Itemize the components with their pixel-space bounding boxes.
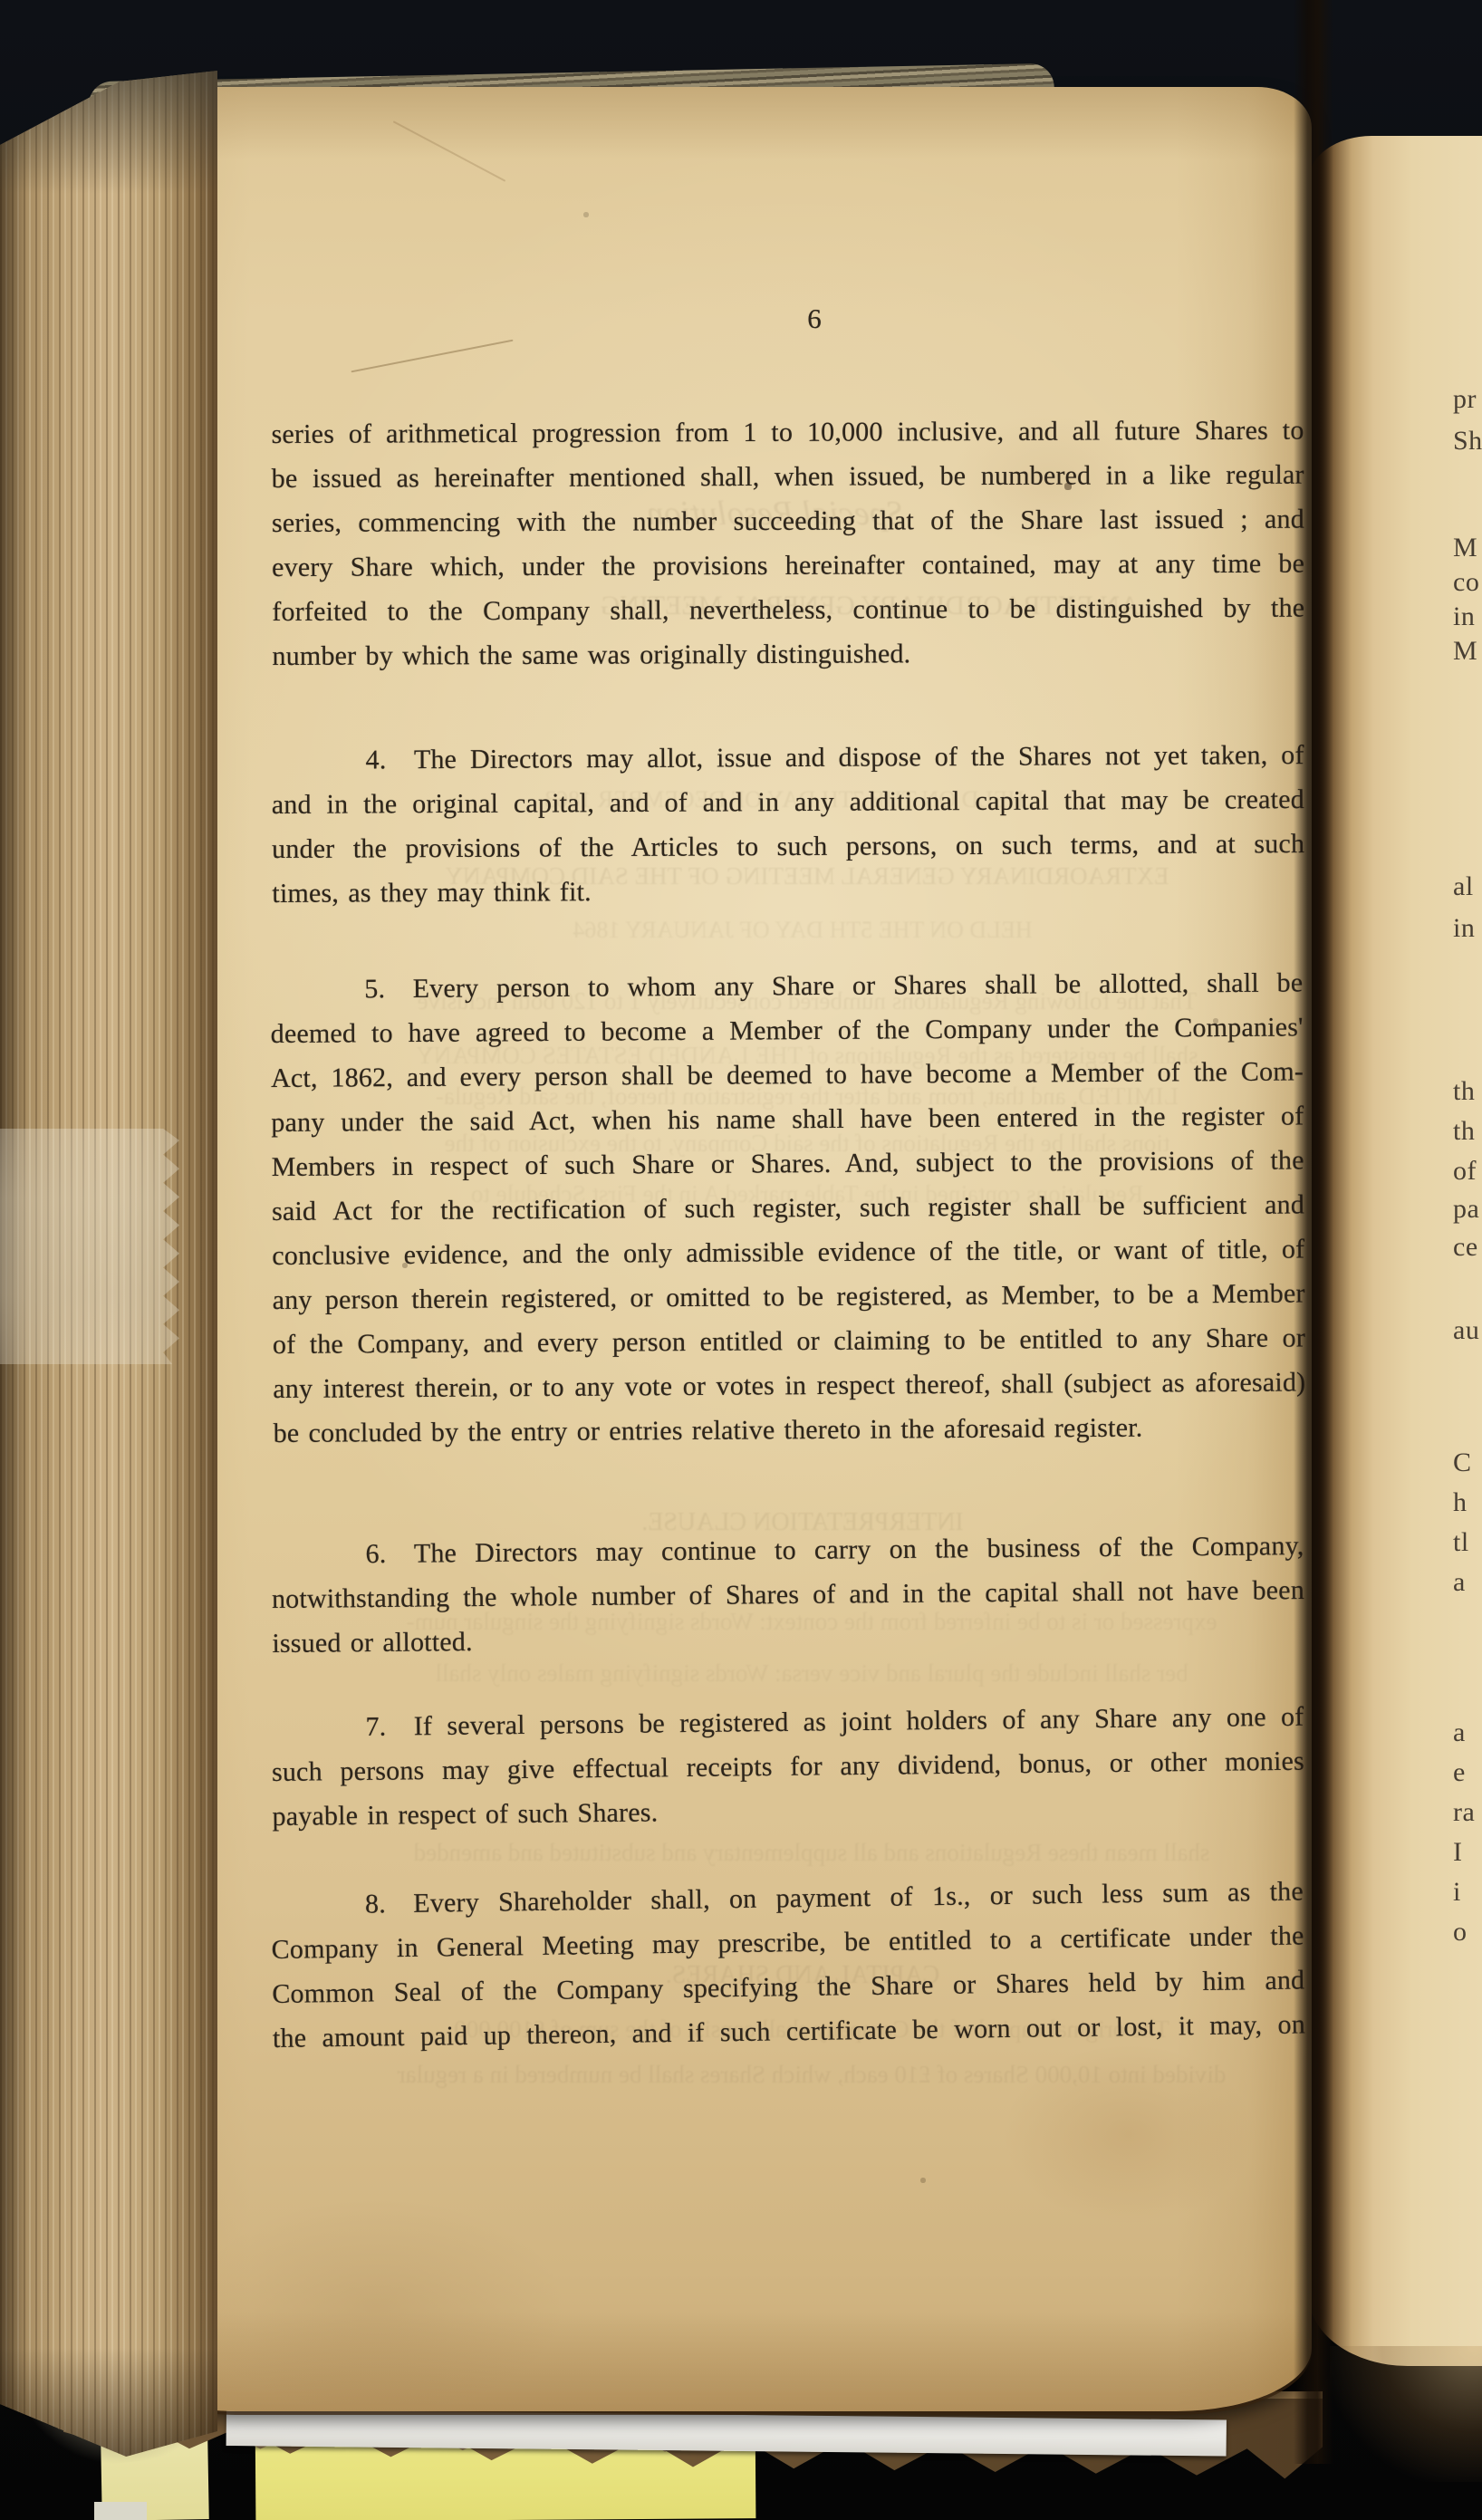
facing-page-text-fragment: a	[1453, 1567, 1466, 1598]
page-text: series of arithmetical progression from …	[272, 412, 1304, 2061]
text-line: Members in respect of such Share or Shar…	[272, 1138, 1304, 1189]
facing-page-text-fragment: th	[1453, 1116, 1475, 1147]
text-line: notwithstanding the whole number of Shar…	[272, 1568, 1304, 1621]
text-line: number by which the same was originally …	[272, 630, 1304, 678]
spine-gap-shadow	[1294, 0, 1333, 2464]
paper-scrap	[94, 2502, 147, 2520]
facing-page-text-fragment: M	[1453, 636, 1477, 667]
paragraph-clause-7: 7. If several persons be registered as j…	[271, 1695, 1305, 1839]
text-line: 4. The Directors may allot, issue and di…	[271, 733, 1304, 783]
facing-page-text-fragment: in	[1453, 601, 1475, 632]
scratch-mark	[351, 340, 513, 373]
text-line: series, commencing with the number succe…	[272, 497, 1304, 545]
text-line: issued or allotted.	[272, 1612, 1304, 1666]
text-line: forfeited to the Company shall, neverthe…	[272, 586, 1304, 634]
text-line: be concluded by the entry or entries rel…	[273, 1404, 1305, 1456]
text-line: every Share which, under the provisions …	[272, 542, 1304, 590]
text-line: conclusive evidence, and the only admiss…	[272, 1226, 1304, 1278]
text-line: deemed to have agreed to become a Member…	[271, 1005, 1304, 1056]
scratch-mark	[393, 120, 506, 181]
facing-page-text-fragment: ra	[1453, 1797, 1475, 1828]
text-line: pany under the said Act, when his name s…	[271, 1093, 1304, 1145]
facing-page-text-fragment: o	[1453, 1917, 1468, 1948]
facing-page-text-fragment: ce	[1453, 1232, 1478, 1263]
fly-specks	[78, 87, 80, 89]
text-line: any interest therein, or to any vote or …	[273, 1360, 1305, 1411]
facing-page-text-fragment: pr	[1453, 384, 1477, 415]
facing-page-text-fragment: Sh	[1453, 426, 1482, 457]
text-line: Act, 1862, and every person shall be dee…	[271, 1049, 1304, 1101]
facing-page-text-fragment: co	[1453, 567, 1479, 598]
text-line: be issued as hereinafter mentioned shall…	[272, 453, 1304, 501]
facing-page-text-fragment: al	[1453, 871, 1474, 902]
text-line: series of arithmetical progression from …	[271, 409, 1304, 457]
text-line: of the Company, and every person entitle…	[273, 1315, 1305, 1367]
facing-page-text-fragment: e	[1453, 1757, 1466, 1788]
tape-patch	[0, 1129, 179, 1364]
facing-page-text-fragment: au	[1453, 1315, 1479, 1346]
facing-page-text-fragment: M	[1453, 533, 1477, 563]
text-line: under the provisions of the Articles to …	[272, 822, 1304, 871]
book-page: Special ResolutionAN EXTRAORDINARY GENER…	[78, 87, 1312, 2411]
text-line: and in the original capital, and of and …	[272, 777, 1304, 827]
stain	[187, 2198, 567, 2411]
facing-page-text-fragment: pa	[1453, 1194, 1479, 1225]
paragraph-clause-8: 8. Every Shareholder shall, on payment o…	[271, 1869, 1306, 2061]
facing-page-text-fragment: of	[1453, 1156, 1477, 1187]
stain	[1002, 2044, 1256, 2225]
facing-page-text-fragment: th	[1453, 1076, 1475, 1107]
paragraph-clause-5: 5. Every person to whom any Share or Sha…	[270, 960, 1306, 1456]
facing-page-text-fragment: in	[1453, 913, 1475, 944]
facing-page-text-fragment: I	[1453, 1837, 1463, 1868]
book-photograph: prShMcoinMalinththofpaceauChtlaaeraIio S…	[0, 0, 1482, 2520]
facing-page-text-fragment: C	[1453, 1448, 1472, 1478]
text-line: 5. Every person to whom any Share or Sha…	[270, 960, 1303, 1012]
facing-page-text-fragment: i	[1453, 1877, 1461, 1908]
facing-page-text-fragment: a	[1453, 1717, 1466, 1748]
paragraph-clause-4: 4. The Directors may allot, issue and di…	[271, 733, 1304, 916]
facing-page-text-fragment: tl	[1453, 1527, 1469, 1558]
page-number: 6	[775, 303, 853, 335]
text-line: times, as they may think fit.	[272, 866, 1304, 916]
text-line: said Act for the rectification of such r…	[272, 1182, 1304, 1234]
paragraph-clause-6: 6. The Directors may continue to carry o…	[271, 1524, 1304, 1666]
facing-page-text-fragment: h	[1453, 1487, 1468, 1518]
text-line: any person therein registered, or omitte…	[272, 1271, 1304, 1323]
paragraph-continuation: series of arithmetical progression from …	[271, 409, 1304, 678]
